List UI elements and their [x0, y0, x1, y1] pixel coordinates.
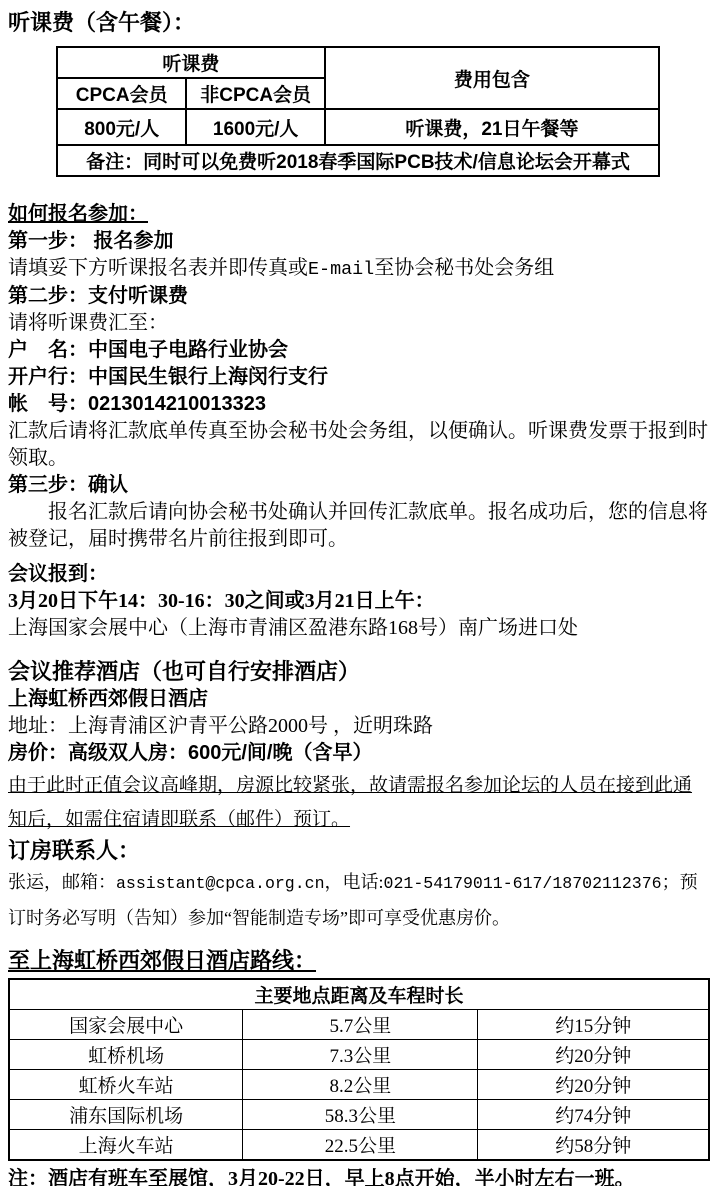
bank-account-number: 帐 号：0213014210013323: [8, 391, 710, 418]
table-row: 上海火车站 22.5公里 约58分钟: [9, 1130, 709, 1161]
checkin-heading: 会议报到：: [8, 561, 710, 588]
hotel-heading: 会议推荐酒店（也可自行安排酒店）: [8, 658, 710, 686]
fee-nonmember-price: 1600元/人: [186, 109, 324, 145]
table-row: 国家会展中心 5.7公里 约15分钟: [9, 1010, 709, 1040]
checkin-section: 会议报到： 3月20日下午14：30-16：30之间或3月21日上午： 上海国家…: [8, 561, 710, 642]
hotel-price: 房价：高级双人房：600元/间/晚（含早）: [8, 740, 710, 767]
contact-phone: 021-54179011-617/18702112376: [384, 874, 662, 893]
route-table-title: 主要地点距离及车程时长: [9, 979, 709, 1010]
fee-table: 听课费 费用包含 CPCA会员 非CPCA会员 800元/人 1600元/人 听…: [56, 46, 660, 177]
bank-account-name: 户 名：中国电子电路行业协会: [8, 337, 710, 364]
step3-body: 报名汇款后请向协会秘书处确认并回传汇款底单。报名成功后，您的信息将被登记，届时携…: [8, 499, 710, 553]
contact-phone-label: ，电话:: [325, 872, 384, 892]
bank-name: 开户行：中国民生银行上海闵行支行: [8, 364, 710, 391]
step2-title: 第二步：支付听课费: [8, 283, 710, 310]
route-distance: 8.2公里: [243, 1070, 478, 1100]
route-duration: 约74分钟: [478, 1100, 709, 1130]
route-duration: 约20分钟: [478, 1040, 709, 1070]
route-duration: 约58分钟: [478, 1130, 709, 1161]
route-heading: 至上海虹桥西郊假日酒店路线：: [8, 947, 710, 975]
remit-note: 汇款后请将汇款底单传真至协会秘书处会务组，以便确认。听课费发票于报到时领取。: [8, 418, 710, 472]
page-title: 听课费（含午餐）：: [8, 8, 710, 38]
table-row: 虹桥机场 7.3公里 约20分钟: [9, 1040, 709, 1070]
route-place: 虹桥火车站: [9, 1070, 243, 1100]
table-row: 虹桥火车站 8.2公里 约20分钟: [9, 1070, 709, 1100]
step1-body: 请填妥下方听课报名表并即传真或E-mail至协会秘书处会务组: [8, 255, 710, 283]
route-section: 至上海虹桥西郊假日酒店路线： 主要地点距离及车程时长 国家会展中心 5.7公里 …: [8, 947, 710, 1186]
fee-member-price: 800元/人: [57, 109, 186, 145]
step1-title: 第一步： 报名参加: [8, 228, 710, 255]
step1-body-post: 至协会秘书处会务组: [374, 257, 554, 279]
registration-heading: 如何报名参加：: [8, 201, 710, 228]
route-distance: 7.3公里: [243, 1040, 478, 1070]
route-place: 虹桥机场: [9, 1040, 243, 1070]
document-page: 听课费（含午餐）： 听课费 费用包含 CPCA会员 非CPCA会员 800元/人…: [8, 8, 710, 1186]
fee-table-note: 备注：同时可以免费听2018春季国际PCB技术/信息论坛会开幕式: [57, 145, 659, 176]
fee-table-header-fee: 听课费: [57, 47, 325, 78]
contact-name-label: 张运，邮箱：: [8, 872, 116, 892]
hotel-section: 会议推荐酒店（也可自行安排酒店） 上海虹桥西郊假日酒店 地址：上海青浦区沪青平公…: [8, 658, 710, 935]
route-duration: 约20分钟: [478, 1070, 709, 1100]
route-table: 主要地点距离及车程时长 国家会展中心 5.7公里 约15分钟 虹桥机场 7.3公…: [8, 978, 710, 1161]
route-place: 国家会展中心: [9, 1010, 243, 1040]
route-distance: 22.5公里: [243, 1130, 478, 1161]
checkin-location: 上海国家会展中心（上海市青浦区盈港东路168号）南广场进口处: [8, 615, 710, 642]
hotel-address: 地址：上海青浦区沪青平公路2000号 ，近明珠路: [8, 713, 710, 740]
table-row: 浦东国际机场 58.3公里 约74分钟: [9, 1100, 709, 1130]
hotel-name: 上海虹桥西郊假日酒店: [8, 686, 710, 713]
step2-intro: 请将听课费汇至：: [8, 310, 710, 337]
route-place: 浦东国际机场: [9, 1100, 243, 1130]
hotel-booking-notice: 由于此时正值会议高峰期，房源比较紧张，故请需报名参加论坛的人员在接到此通知后，如…: [8, 769, 710, 837]
booking-contact-line: 张运，邮箱：assistant@cpca.org.cn，电话:021-54179…: [8, 865, 710, 935]
route-duration: 约15分钟: [478, 1010, 709, 1040]
fee-table-header-includes: 费用包含: [325, 47, 659, 109]
fee-table-col-cpca-member: CPCA会员: [57, 78, 186, 109]
fee-includes-value: 听课费，21日午餐等: [325, 109, 659, 145]
step3-title: 第三步：确认: [8, 472, 710, 499]
route-place: 上海火车站: [9, 1130, 243, 1161]
route-distance: 5.7公里: [243, 1010, 478, 1040]
contact-email: assistant@cpca.org.cn: [116, 874, 325, 893]
step1-body-pre: 请填妥下方听课报名表并即传真或: [8, 257, 308, 279]
booking-contact-heading: 订房联系人：: [8, 837, 710, 865]
fee-table-col-non-member: 非CPCA会员: [186, 78, 324, 109]
route-distance: 58.3公里: [243, 1100, 478, 1130]
step1-body-email-word: E-mail: [308, 259, 374, 280]
registration-section: 如何报名参加： 第一步： 报名参加 请填妥下方听课报名表并即传真或E-mail至…: [8, 201, 710, 553]
shuttle-note: 注：酒店有班车至展馆，3月20-22日，早上8点开始，半小时左右一班。: [8, 1166, 710, 1186]
checkin-time: 3月20日下午14：30-16：30之间或3月21日上午：: [8, 588, 710, 615]
